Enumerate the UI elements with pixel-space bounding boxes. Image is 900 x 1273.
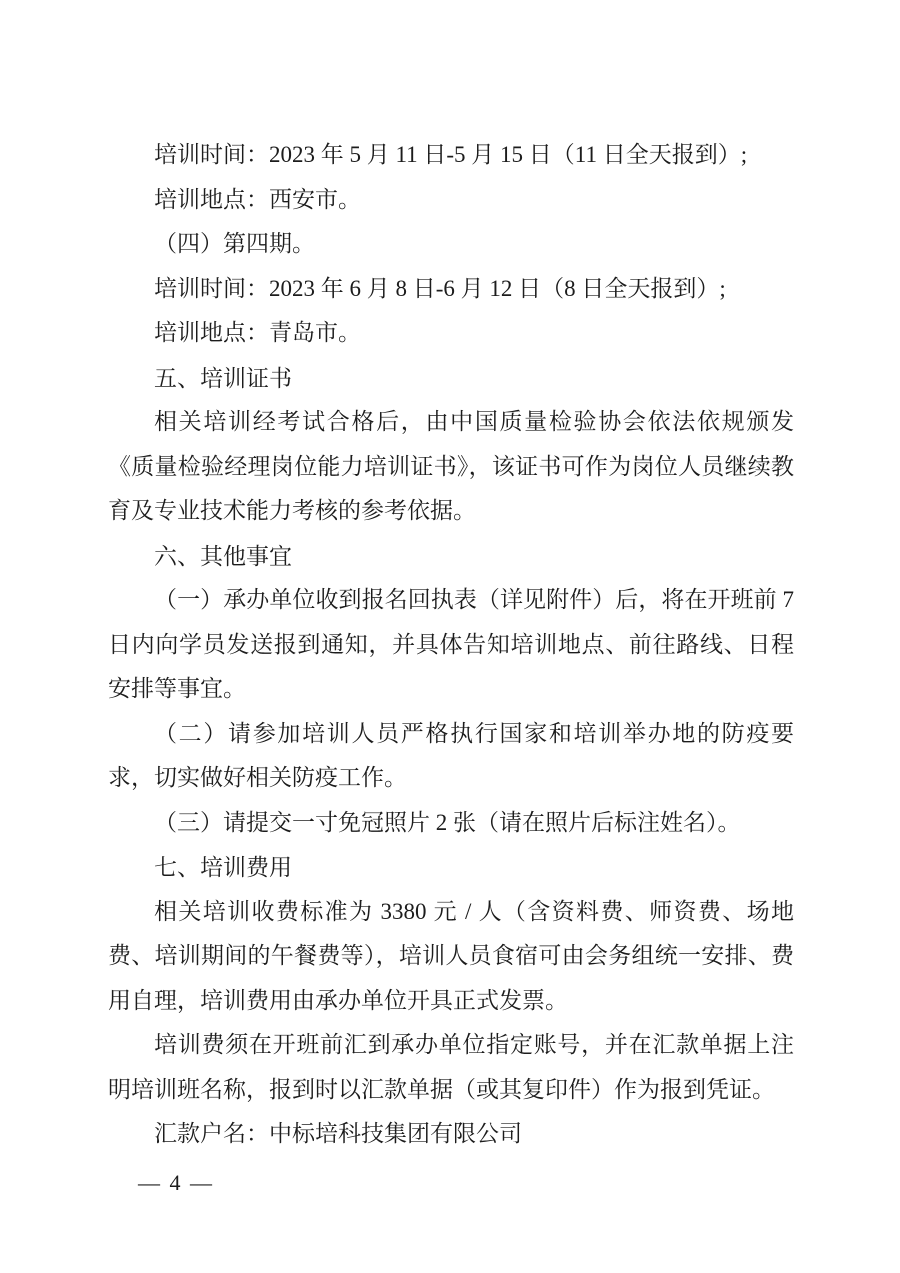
section-heading-training-fee: 七、培训费用 xyxy=(108,845,794,890)
page-number: — 4 — xyxy=(138,1170,214,1196)
document-page: 培训时间：2023 年 5 月 11 日-5 月 15 日（11 日全天报到）;… xyxy=(0,0,900,1273)
paragraph-training-time-4th: 培训时间：2023 年 6 月 8 日-6 月 12 日（8 日全天报到）; xyxy=(108,267,794,312)
paragraph-fee-standard: 相关培训收费标准为 3380 元 / 人（含资料费、师资费、场地费、培训期间的午… xyxy=(108,890,794,1024)
paragraph-certificate-detail: 相关培训经考试合格后，由中国质量检验协会依法依规颁发《质量检验经理岗位能力培训证… xyxy=(108,400,794,534)
paragraph-other-matters-2: （二）请参加培训人员严格执行国家和培训举办地的防疫要求，切实做好相关防疫工作。 xyxy=(108,712,794,801)
paragraph-training-time-3rd: 培训时间：2023 年 5 月 11 日-5 月 15 日（11 日全天报到）; xyxy=(108,133,794,178)
paragraph-other-matters-3: （三）请提交一寸免冠照片 2 张（请在照片后标注姓名）。 xyxy=(108,801,794,846)
paragraph-training-location-3rd: 培训地点：西安市。 xyxy=(108,178,794,223)
paragraph-training-location-4th: 培训地点：青岛市。 xyxy=(108,311,794,356)
sub-section-heading-session-4: （四）第四期。 xyxy=(108,222,794,267)
paragraph-fee-remittance: 培训费须在开班前汇到承办单位指定账号，并在汇款单据上注明培训班名称，报到时以汇款… xyxy=(108,1023,794,1112)
section-heading-other-matters: 六、其他事宜 xyxy=(108,534,794,579)
section-heading-certificate: 五、培训证书 xyxy=(108,356,794,401)
document-body: 培训时间：2023 年 5 月 11 日-5 月 15 日（11 日全天报到）;… xyxy=(108,133,794,1157)
paragraph-remittance-account: 汇款户名：中标培科技集团有限公司 xyxy=(108,1112,794,1157)
paragraph-other-matters-1: （一）承办单位收到报名回执表（详见附件）后，将在开班前 7 日内向学员发送报到通… xyxy=(108,578,794,712)
